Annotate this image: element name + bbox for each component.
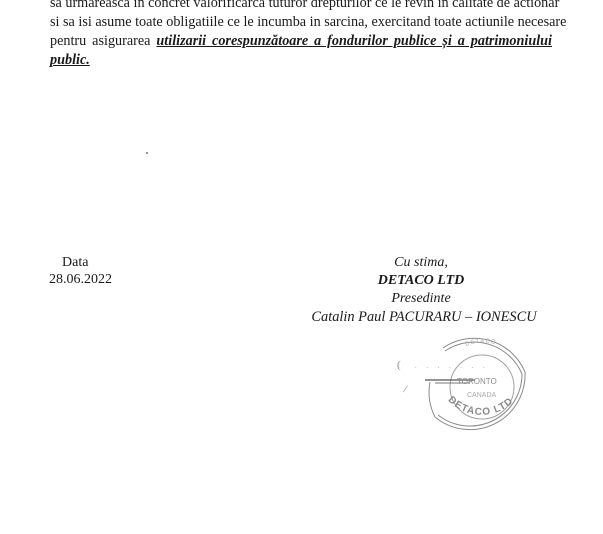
- svg-text:(: (: [397, 359, 401, 371]
- date-value: 28.06.2022: [49, 272, 112, 288]
- svg-text:DETACO: DETACO: [465, 339, 497, 348]
- body-paragraph: sa urmareasca in concret valorificarca t…: [50, 0, 552, 70]
- svg-text:/: /: [402, 383, 409, 396]
- date-label: Data: [62, 255, 88, 271]
- svg-text:CANADA: CANADA: [467, 392, 497, 399]
- paragraph-line-3: pentru asigurarea utilizarii corespunzăt…: [50, 32, 552, 51]
- stamp-seal-icon: ( . . . . . . . / TORONTO CANADA DETACO …: [375, 332, 535, 442]
- svg-text:TORONTO: TORONTO: [457, 377, 497, 386]
- signer-name: Catalin Paul PACURARU – IONESCU: [296, 308, 552, 326]
- paragraph-line-3-prefix: pentru asigurarea: [50, 33, 156, 49]
- paragraph-line-4: public.: [50, 51, 552, 70]
- signature-block: Cu stima, DETACO LTD Presedinte Catalin …: [290, 254, 552, 326]
- paragraph-line-1: sa urmareasca in concret valorificarca t…: [50, 0, 552, 13]
- svg-text:. . . . . . .: . . . . . . .: [415, 364, 489, 370]
- scan-speck: [146, 152, 148, 154]
- emphasized-phrase-end: public.: [50, 52, 90, 68]
- signer-title: Presedinte: [290, 290, 552, 308]
- company-stamp: ( . . . . . . . / TORONTO CANADA DETACO …: [375, 332, 535, 442]
- company-name: DETACO LTD: [290, 272, 552, 290]
- paragraph-line-2: si sa isi asume toate obligatiile ce le …: [50, 13, 552, 32]
- closing-text: Cu stima,: [290, 254, 552, 272]
- emphasized-phrase: utilizarii corespunzătoare a fondurilor …: [156, 33, 552, 49]
